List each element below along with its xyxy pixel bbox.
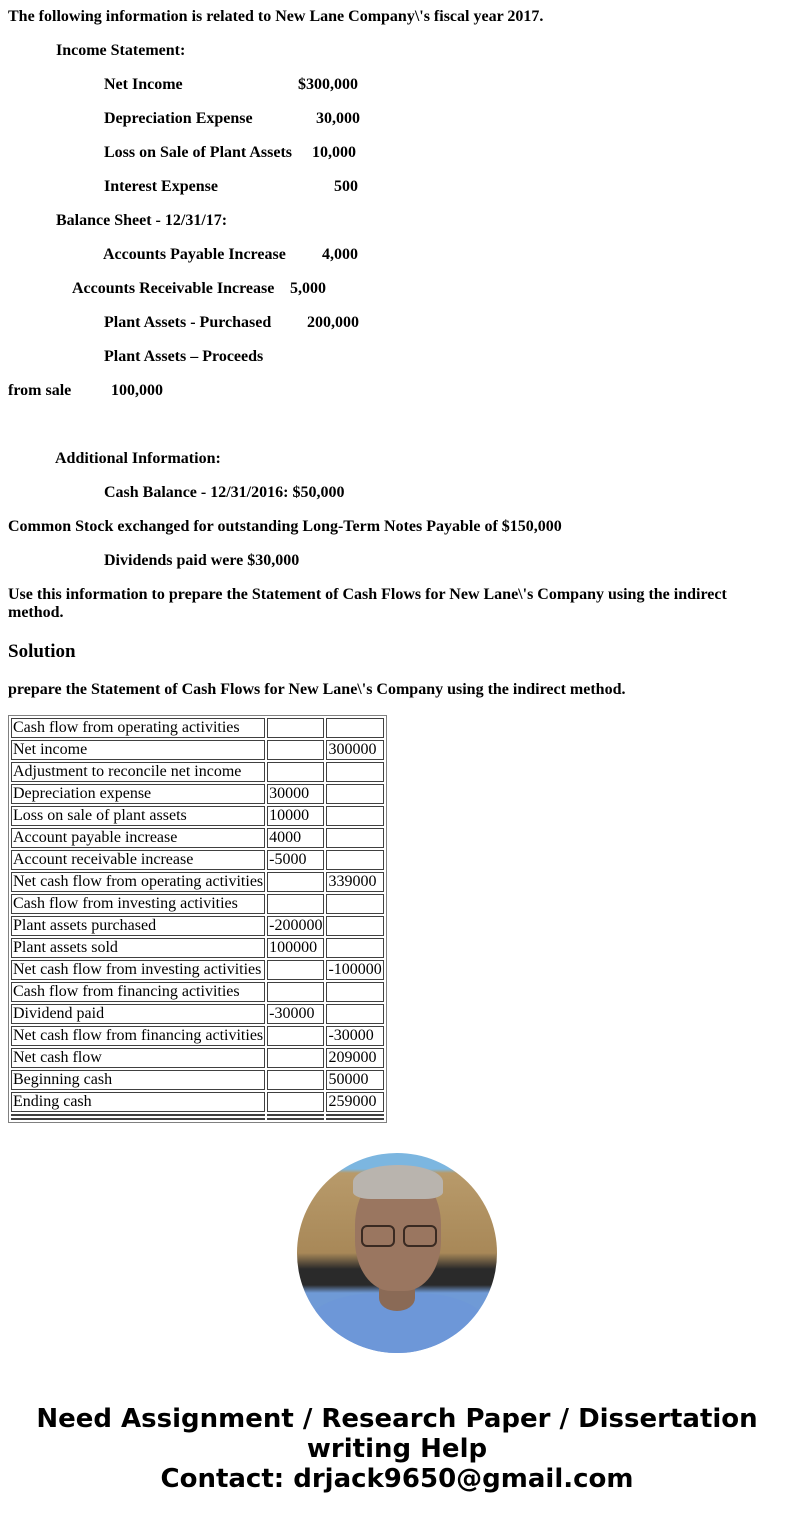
row-label: Cash flow from operating activities	[11, 718, 265, 738]
row-total-amount	[326, 762, 383, 782]
net-income-value: $300,000	[298, 76, 358, 94]
table-blank-row	[11, 1114, 384, 1116]
row-label: Cash flow from investing activities	[11, 894, 265, 914]
table-row: Ending cash259000	[11, 1092, 384, 1112]
avatar-hair	[353, 1165, 443, 1199]
row-label: Account receivable increase	[11, 850, 265, 870]
promo-line-2: writing Help	[0, 1434, 794, 1464]
row-detail-amount: -5000	[267, 850, 324, 870]
blank-cell	[267, 1118, 324, 1120]
row-total-amount: -30000	[326, 1026, 383, 1046]
instruction-text: Use this information to prepare the Stat…	[8, 586, 778, 622]
table-row: Plant assets sold100000	[11, 938, 384, 958]
blank-cell	[11, 1114, 265, 1116]
table-row: Cash flow from investing activities	[11, 894, 384, 914]
row-detail-amount	[267, 1070, 324, 1090]
row-total-amount	[326, 850, 383, 870]
from-sale-value: 100,000	[111, 382, 163, 400]
table-row: Beginning cash50000	[11, 1070, 384, 1090]
table-row: Plant assets purchased-200000	[11, 916, 384, 936]
depreciation-value: 30,000	[316, 110, 360, 128]
row-detail-amount: -200000	[267, 916, 324, 936]
row-label: Ending cash	[11, 1092, 265, 1112]
blank-cell	[326, 1118, 383, 1120]
table-row: Net cash flow from operating activities3…	[11, 872, 384, 892]
row-detail-amount: -30000	[267, 1004, 324, 1024]
plant-assets-purchased-value: 200,000	[307, 314, 359, 332]
dividends-text: Dividends paid were $30,000	[104, 552, 299, 570]
blank-cell	[326, 1114, 383, 1116]
table-row: Depreciation expense30000	[11, 784, 384, 804]
additional-info-heading: Additional Information:	[55, 450, 221, 468]
interest-expense-value: 500	[334, 178, 358, 196]
solution-subheading: prepare the Statement of Cash Flows for …	[8, 681, 625, 699]
row-total-amount: 300000	[326, 740, 383, 760]
row-detail-amount	[267, 960, 324, 980]
row-label: Plant assets sold	[11, 938, 265, 958]
cash-flow-table: Cash flow from operating activitiesNet i…	[8, 715, 387, 1123]
row-total-amount	[326, 718, 383, 738]
table-row: Account payable increase4000	[11, 828, 384, 848]
plant-assets-proceeds-label: Plant Assets – Proceeds	[104, 348, 263, 366]
balance-sheet-heading: Balance Sheet - 12/31/17:	[56, 212, 227, 230]
loss-on-sale-label: Loss on Sale of Plant Assets	[104, 144, 292, 162]
row-total-amount	[326, 916, 383, 936]
table-row: Dividend paid-30000	[11, 1004, 384, 1024]
depreciation-label: Depreciation Expense	[104, 110, 253, 128]
row-total-amount: 339000	[326, 872, 383, 892]
row-label: Net cash flow from investing activities	[11, 960, 265, 980]
row-label: Loss on sale of plant assets	[11, 806, 265, 826]
table-blank-row	[11, 1118, 384, 1120]
table-row: Cash flow from financing activities	[11, 982, 384, 1002]
row-detail-amount	[267, 894, 324, 914]
from-sale-label: from sale	[8, 382, 71, 400]
blank-cell	[267, 1114, 324, 1116]
table-row: Net income300000	[11, 740, 384, 760]
cash-balance-text: Cash Balance - 12/31/2016: $50,000	[104, 484, 344, 502]
row-detail-amount: 4000	[267, 828, 324, 848]
table-row: Account receivable increase-5000	[11, 850, 384, 870]
accounts-payable-label: Accounts Payable Increase	[103, 246, 286, 264]
row-total-amount	[326, 982, 383, 1002]
row-total-amount	[326, 828, 383, 848]
author-avatar	[297, 1153, 497, 1353]
row-label: Net cash flow	[11, 1048, 265, 1068]
row-detail-amount	[267, 718, 324, 738]
accounts-receivable-value: 5,000	[290, 280, 326, 298]
row-label: Net income	[11, 740, 265, 760]
row-total-amount: 209000	[326, 1048, 383, 1068]
promo-contact: Contact: drjack9650@gmail.com	[0, 1464, 794, 1494]
row-total-amount	[326, 806, 383, 826]
row-detail-amount	[267, 1048, 324, 1068]
row-label: Beginning cash	[11, 1070, 265, 1090]
row-label: Dividend paid	[11, 1004, 265, 1024]
intro-text: The following information is related to …	[8, 8, 543, 26]
table-row: Adjustment to reconcile net income	[11, 762, 384, 782]
row-total-amount	[326, 1004, 383, 1024]
table-row: Net cash flow209000	[11, 1048, 384, 1068]
row-total-amount	[326, 784, 383, 804]
interest-expense-label: Interest Expense	[104, 178, 218, 196]
accounts-receivable-label: Accounts Receivable Increase	[72, 280, 274, 298]
row-total-amount: 50000	[326, 1070, 383, 1090]
avatar-glasses-left	[361, 1225, 395, 1247]
row-detail-amount: 100000	[267, 938, 324, 958]
accounts-payable-value: 4,000	[322, 246, 358, 264]
row-total-amount	[326, 894, 383, 914]
net-income-label: Net Income	[104, 76, 183, 94]
row-detail-amount	[267, 872, 324, 892]
row-label: Adjustment to reconcile net income	[11, 762, 265, 782]
row-detail-amount	[267, 740, 324, 760]
income-statement-heading: Income Statement:	[56, 42, 185, 60]
promo-line-1: Need Assignment / Research Paper / Disse…	[0, 1404, 794, 1434]
row-label: Depreciation expense	[11, 784, 265, 804]
loss-on-sale-value: 10,000	[312, 144, 356, 162]
plant-assets-purchased-label: Plant Assets - Purchased	[104, 314, 271, 332]
common-stock-text: Common Stock exchanged for outstanding L…	[8, 518, 562, 536]
row-label: Net cash flow from operating activities	[11, 872, 265, 892]
row-detail-amount	[267, 762, 324, 782]
table-row: Net cash flow from financing activities-…	[11, 1026, 384, 1046]
row-label: Net cash flow from financing activities	[11, 1026, 265, 1046]
row-detail-amount	[267, 1026, 324, 1046]
row-total-amount	[326, 938, 383, 958]
row-total-amount: -100000	[326, 960, 383, 980]
row-total-amount: 259000	[326, 1092, 383, 1112]
blank-cell	[11, 1118, 265, 1120]
promo-banner: Need Assignment / Research Paper / Disse…	[0, 1404, 794, 1494]
row-label: Cash flow from financing activities	[11, 982, 265, 1002]
row-detail-amount: 10000	[267, 806, 324, 826]
table-row: Cash flow from operating activities	[11, 718, 384, 738]
row-label: Account payable increase	[11, 828, 265, 848]
table-row: Net cash flow from investing activities-…	[11, 960, 384, 980]
row-detail-amount	[267, 1092, 324, 1112]
row-label: Plant assets purchased	[11, 916, 265, 936]
table-row: Loss on sale of plant assets10000	[11, 806, 384, 826]
row-detail-amount: 30000	[267, 784, 324, 804]
avatar-glasses-right	[403, 1225, 437, 1247]
row-detail-amount	[267, 982, 324, 1002]
solution-heading: Solution	[8, 641, 76, 663]
